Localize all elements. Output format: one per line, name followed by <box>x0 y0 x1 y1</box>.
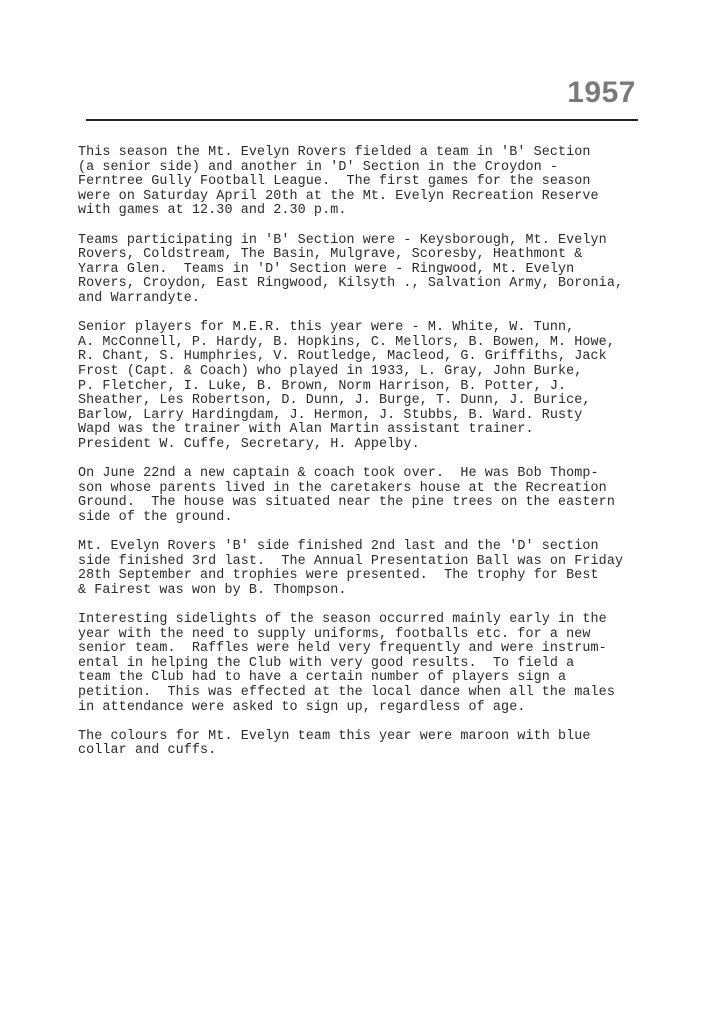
text-line: P. Fletcher, I. Luke, B. Brown, Norm Har… <box>78 379 566 394</box>
text-line: Senior players for M.E.R. this year were… <box>78 320 574 335</box>
text-line: Rovers, Croydon, East Ringwood, Kilsyth … <box>78 276 623 291</box>
text-line: Yarra Glen. Teams in 'D' Section were - … <box>78 262 574 277</box>
text-line: side of the ground. <box>78 510 233 525</box>
text-line: Interesting sidelights of the season occ… <box>78 612 607 627</box>
text-line: Teams participating in 'B' Section were … <box>78 233 607 248</box>
text-line: Rovers, Coldstream, The Basin, Mulgrave,… <box>78 247 582 262</box>
text-line: Sheather, Les Robertson, D. Dunn, J. Bur… <box>78 393 591 408</box>
text-line: A. McConnell, P. Hardy, B. Hopkins, C. M… <box>78 335 615 350</box>
text-line: Wapd was the trainer with Alan Martin as… <box>78 422 534 437</box>
paragraph-colours: The colours for Mt. Evelyn team this yea… <box>78 730 678 759</box>
paragraph-teams: Teams participating in 'B' Section were … <box>78 234 678 307</box>
text-line: petition. This was effected at the local… <box>78 685 615 700</box>
text-line: Frost (Capt. & Coach) who played in 1933… <box>78 364 582 379</box>
paragraph-sidelights: Interesting sidelights of the season occ… <box>78 613 678 715</box>
paragraph-results: Mt. Evelyn Rovers 'B' side finished 2nd … <box>78 540 678 598</box>
text-line: 28th September and trophies were present… <box>78 568 599 583</box>
text-line: Ground. The house was situated near the … <box>78 495 615 510</box>
text-line: The colours for Mt. Evelyn team this yea… <box>78 729 591 744</box>
text-line: ental in helping the Club with very good… <box>78 656 574 671</box>
header-divider <box>86 119 638 121</box>
text-line: were on Saturday April 20th at the Mt. E… <box>78 189 599 204</box>
text-line: and Warrandyte. <box>78 291 200 306</box>
text-line: side finished 3rd last. The Annual Prese… <box>78 554 623 569</box>
text-line: & Fairest was won by B. Thompson. <box>78 583 346 598</box>
text-line: President W. Cuffe, Secretary, H. Appelb… <box>78 437 420 452</box>
text-line: in attendance were asked to sign up, reg… <box>78 700 525 715</box>
page-year-heading: 1957 <box>567 76 636 110</box>
text-line: Barlow, Larry Hardingdam, J. Hermon, J. … <box>78 408 582 423</box>
document-body: This season the Mt. Evelyn Rovers fielde… <box>78 146 678 774</box>
paragraph-senior-players: Senior players for M.E.R. this year were… <box>78 321 678 452</box>
text-line: collar and cuffs. <box>78 743 216 758</box>
text-line: senior team. Raffles were held very freq… <box>78 641 607 656</box>
text-line: This season the Mt. Evelyn Rovers fielde… <box>78 145 591 160</box>
text-line: team the Club had to have a certain numb… <box>78 670 566 685</box>
text-line: (a senior side) and another in 'D' Secti… <box>78 160 558 175</box>
paragraph-season-intro: This season the Mt. Evelyn Rovers fielde… <box>78 146 678 219</box>
text-line: year with the need to supply uniforms, f… <box>78 627 591 642</box>
paragraph-new-coach: On June 22nd a new captain & coach took … <box>78 467 678 525</box>
text-line: son whose parents lived in the caretaker… <box>78 481 607 496</box>
text-line: On June 22nd a new captain & coach took … <box>78 466 599 481</box>
text-line: with games at 12.30 and 2.30 p.m. <box>78 203 346 218</box>
text-line: Ferntree Gully Football League. The firs… <box>78 174 591 189</box>
text-line: Mt. Evelyn Rovers 'B' side finished 2nd … <box>78 539 599 554</box>
text-line: R. Chant, S. Humphries, V. Routledge, Ma… <box>78 349 607 364</box>
